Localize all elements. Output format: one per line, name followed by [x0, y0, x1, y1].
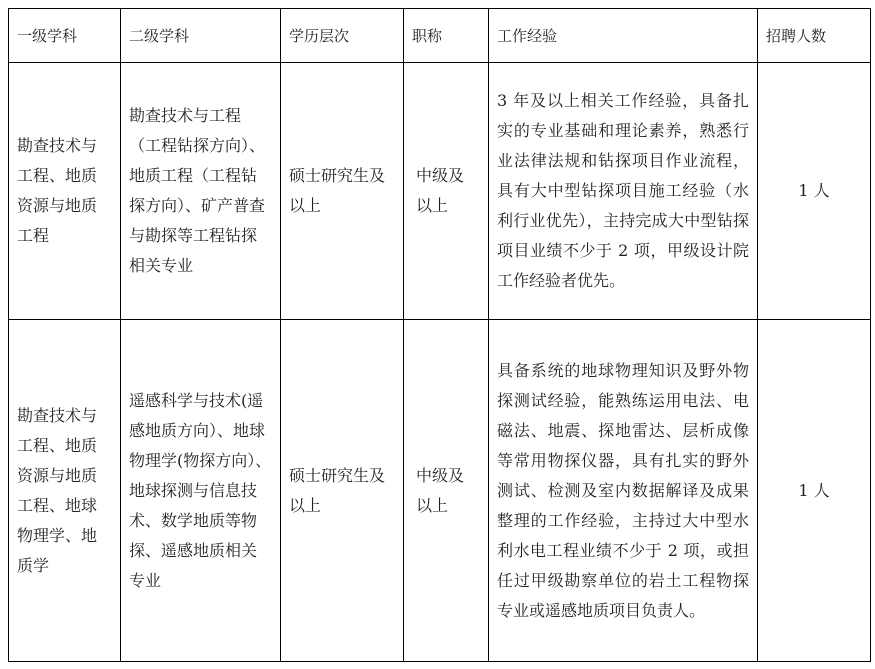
table-row: 勘查技术与工程、地质资源与地质工程 勘查技术与工程（工程钻探方向）、地质工程（工… — [9, 63, 871, 320]
cell-headcount: 1 人 — [758, 63, 871, 320]
cell-first-discipline: 勘查技术与工程、地质资源与地质工程、地球物理学、地质学 — [9, 320, 121, 662]
cell-work-experience: 具备系统的地球物理知识及野外物探测试经验，能熟练运用电法、电磁法、地震、探地雷达… — [489, 320, 758, 662]
cell-work-experience: 3 年及以上相关工作经验，具备扎实的专业基础和理论素养，熟悉行业法律法规和钻探项… — [489, 63, 758, 320]
header-professional-title: 职称 — [404, 9, 489, 63]
cell-education-level: 硕士研究生及以上 — [281, 63, 404, 320]
cell-education-level: 硕士研究生及以上 — [281, 320, 404, 662]
cell-second-discipline: 勘查技术与工程（工程钻探方向）、地质工程（工程钻探方向）、矿产普查与勘探等工程钻… — [121, 63, 281, 320]
table-header-row: 一级学科 二级学科 学历层次 职称 工作经验 招聘人数 — [9, 9, 871, 63]
header-second-discipline: 二级学科 — [121, 9, 281, 63]
recruitment-table: 一级学科 二级学科 学历层次 职称 工作经验 招聘人数 勘查技术与工程、地质资源… — [8, 8, 871, 662]
document-page: 一级学科 二级学科 学历层次 职称 工作经验 招聘人数 勘查技术与工程、地质资源… — [8, 8, 871, 662]
cell-professional-title: 中级及以上 — [404, 320, 489, 662]
cell-professional-title: 中级及以上 — [404, 63, 489, 320]
header-headcount: 招聘人数 — [758, 9, 871, 63]
cell-second-discipline: 遥感科学与技术(遥感地质方向）、地球物理学(物探方向）、地球探测与信息技术、数学… — [121, 320, 281, 662]
table-row: 勘查技术与工程、地质资源与地质工程、地球物理学、地质学 遥感科学与技术(遥感地质… — [9, 320, 871, 662]
cell-first-discipline: 勘查技术与工程、地质资源与地质工程 — [9, 63, 121, 320]
cell-headcount: 1 人 — [758, 320, 871, 662]
header-education-level: 学历层次 — [281, 9, 404, 63]
header-work-experience: 工作经验 — [489, 9, 758, 63]
header-first-discipline: 一级学科 — [9, 9, 121, 63]
